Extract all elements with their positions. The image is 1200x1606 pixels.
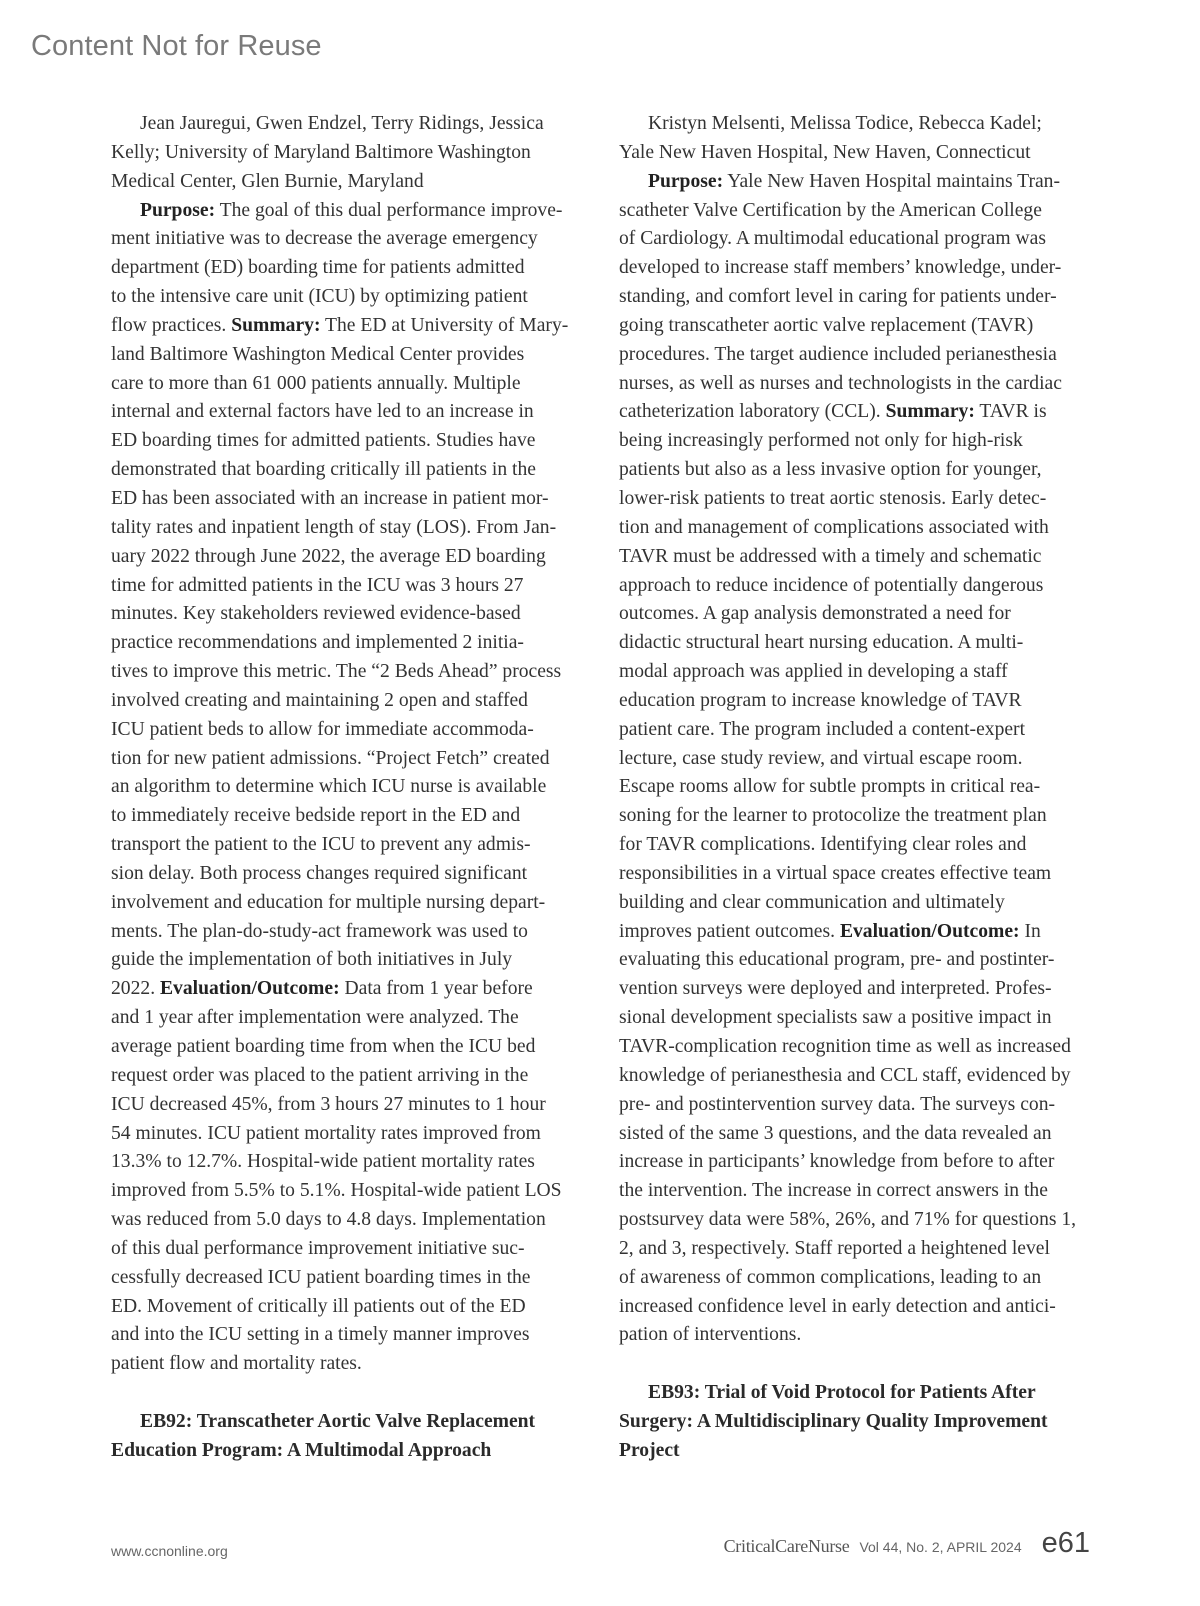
body-line: increase in participants’ knowledge from… (619, 1148, 1107, 1177)
body-line: lecture, case study review, and virtual … (619, 745, 1107, 774)
body-line: knowledge of perianesthesia and CCL staf… (619, 1062, 1107, 1091)
body-line: was reduced from 5.0 days to 4.8 days. I… (111, 1206, 589, 1235)
journal-website-link[interactable]: www.ccnonline.org (111, 1543, 228, 1559)
body-line: improves patient outcomes. Evaluation/Ou… (619, 918, 1107, 947)
body-line: tality rates and inpatient length of sta… (111, 514, 589, 543)
body-line: uary 2022 through June 2022, the average… (111, 543, 589, 572)
body-line: Purpose: Yale New Haven Hospital maintai… (619, 168, 1107, 197)
purpose-label: Purpose: (648, 171, 723, 192)
body-line: and into the ICU setting in a timely man… (111, 1321, 589, 1350)
body-line: sional development specialists saw a pos… (619, 1004, 1107, 1033)
body-line: flow practices. Summary: The ED at Unive… (111, 312, 589, 341)
footer-journal-info: CriticalCareNurse Vol 44, No. 2, APRIL 2… (724, 1527, 1090, 1560)
author-line: Kristyn Melsenti, Melissa Todice, Rebecc… (619, 110, 1107, 139)
body-line: to immediately receive bedside report in… (111, 802, 589, 831)
body-line: patients but also as a less invasive opt… (619, 456, 1107, 485)
body-line: minutes. Key stakeholders reviewed evide… (111, 600, 589, 629)
body-line: ment initiative was to decrease the aver… (111, 225, 589, 254)
body-line: land Baltimore Washington Medical Center… (111, 341, 589, 370)
section-heading-eb92: EB92: Transcatheter Aortic Valve Replace… (111, 1408, 589, 1437)
body-line: procedures. The target audience included… (619, 341, 1107, 370)
body-line: being increasingly performed not only fo… (619, 427, 1107, 456)
body-line: involvement and education for multiple n… (111, 889, 589, 918)
body-line: modal approach was applied in developing… (619, 658, 1107, 687)
body-line: of awareness of common complications, le… (619, 1264, 1107, 1293)
journal-name: CriticalCareNurse (724, 1536, 850, 1557)
body-line: ED boarding times for admitted patients.… (111, 427, 589, 456)
body-line: request order was placed to the patient … (111, 1062, 589, 1091)
body-line: standing, and comfort level in caring fo… (619, 283, 1107, 312)
body-line: of Cardiology. A multimodal educational … (619, 225, 1107, 254)
body-line: ED has been associated with an increase … (111, 485, 589, 514)
body-line: ments. The plan-do-study-act framework w… (111, 918, 589, 947)
purpose-label: Purpose: (140, 200, 215, 221)
body-line: catheterization laboratory (CCL). Summar… (619, 398, 1107, 427)
body-line: TAVR must be addressed with a timely and… (619, 543, 1107, 572)
body-line: an algorithm to determine which ICU nurs… (111, 773, 589, 802)
evaluation-label: Evaluation/Outcome: (840, 921, 1020, 942)
author-line: Kelly; University of Maryland Baltimore … (111, 139, 589, 168)
body-line: scatheter Valve Certification by the Ame… (619, 197, 1107, 226)
page-number: e61 (1042, 1527, 1090, 1560)
body-line: 54 minutes. ICU patient mortality rates … (111, 1120, 589, 1149)
body-line: 2, and 3, respectively. Staff reported a… (619, 1235, 1107, 1264)
body-line: guide the implementation of both initiat… (111, 946, 589, 975)
body-line: vention surveys were deployed and interp… (619, 975, 1107, 1004)
body-line: Purpose: The goal of this dual performan… (111, 197, 589, 226)
body-line: patient care. The program included a con… (619, 716, 1107, 745)
left-column-abstract: Jean Jauregui, Gwen Endzel, Terry Riding… (111, 110, 589, 1466)
body-line: care to more than 61 000 patients annual… (111, 370, 589, 399)
body-line: average patient boarding time from when … (111, 1033, 589, 1062)
body-line: tion for new patient admissions. “Projec… (111, 745, 589, 774)
body-line: sion delay. Both process changes require… (111, 860, 589, 889)
body-line: pre- and postintervention survey data. T… (619, 1091, 1107, 1120)
spacer (111, 1379, 589, 1408)
body-line: sisted of the same 3 questions, and the … (619, 1120, 1107, 1149)
summary-label: Summary: (886, 401, 975, 422)
body-line: improved from 5.5% to 5.1%. Hospital-wid… (111, 1177, 589, 1206)
body-line: 13.3% to 12.7%. Hospital-wide patient mo… (111, 1148, 589, 1177)
body-line: tives to improve this metric. The “2 Bed… (111, 658, 589, 687)
evaluation-label: Evaluation/Outcome: (160, 978, 340, 999)
summary-label: Summary: (231, 315, 320, 336)
watermark: Content Not for Reuse (31, 30, 322, 63)
author-line: Jean Jauregui, Gwen Endzel, Terry Riding… (111, 110, 589, 139)
body-line: ED. Movement of critically ill patients … (111, 1293, 589, 1322)
body-line: patient flow and mortality rates. (111, 1350, 589, 1379)
body-line: involved creating and maintaining 2 open… (111, 687, 589, 716)
body-line: of this dual performance improvement ini… (111, 1235, 589, 1264)
body-line: practice recommendations and implemented… (111, 629, 589, 658)
section-heading-eb92: Education Program: A Multimodal Approach (111, 1437, 589, 1466)
body-line: outcomes. A gap analysis demonstrated a … (619, 600, 1107, 629)
body-line: going transcatheter aortic valve replace… (619, 312, 1107, 341)
section-heading-eb93: EB93: Trial of Void Protocol for Patient… (619, 1379, 1107, 1408)
body-line: ICU decreased 45%, from 3 hours 27 minut… (111, 1091, 589, 1120)
body-line: Escape rooms allow for subtle prompts in… (619, 773, 1107, 802)
body-line: postsurvey data were 58%, 26%, and 71% f… (619, 1206, 1107, 1235)
body-line: developed to increase staff members’ kno… (619, 254, 1107, 283)
body-line: department (ED) boarding time for patien… (111, 254, 589, 283)
right-column-abstract: Kristyn Melsenti, Melissa Todice, Rebecc… (619, 110, 1107, 1466)
body-line: didactic structural heart nursing educat… (619, 629, 1107, 658)
spacer (619, 1350, 1107, 1379)
body-line: TAVR-complication recognition time as we… (619, 1033, 1107, 1062)
body-line: tion and management of complications ass… (619, 514, 1107, 543)
body-line: cessfully decreased ICU patient boarding… (111, 1264, 589, 1293)
section-heading-eb93: Surgery: A Multidisciplinary Quality Imp… (619, 1408, 1107, 1437)
body-line: evaluating this educational program, pre… (619, 946, 1107, 975)
body-line: education program to increase knowledge … (619, 687, 1107, 716)
body-line: increased confidence level in early dete… (619, 1293, 1107, 1322)
body-line: ICU patient beds to allow for immediate … (111, 716, 589, 745)
body-line: transport the patient to the ICU to prev… (111, 831, 589, 860)
body-line: for TAVR complications. Identifying clea… (619, 831, 1107, 860)
body-line: approach to reduce incidence of potentia… (619, 572, 1107, 601)
author-line: Medical Center, Glen Burnie, Maryland (111, 168, 589, 197)
body-line: building and clear communication and ult… (619, 889, 1107, 918)
author-line: Yale New Haven Hospital, New Haven, Conn… (619, 139, 1107, 168)
body-line: nurses, as well as nurses and technologi… (619, 370, 1107, 399)
section-heading-eb93: Project (619, 1437, 1107, 1466)
body-line: the intervention. The increase in correc… (619, 1177, 1107, 1206)
body-line: and 1 year after implementation were ana… (111, 1004, 589, 1033)
body-line: to the intensive care unit (ICU) by opti… (111, 283, 589, 312)
body-line: responsibilities in a virtual space crea… (619, 860, 1107, 889)
body-line: internal and external factors have led t… (111, 398, 589, 427)
body-line: demonstrated that boarding critically il… (111, 456, 589, 485)
issue-info: Vol 44, No. 2, APRIL 2024 (859, 1539, 1021, 1555)
body-line: lower-risk patients to treat aortic sten… (619, 485, 1107, 514)
body-line: soning for the learner to protocolize th… (619, 802, 1107, 831)
body-line: time for admitted patients in the ICU wa… (111, 572, 589, 601)
body-line: 2022. Evaluation/Outcome: Data from 1 ye… (111, 975, 589, 1004)
body-line: pation of interventions. (619, 1321, 1107, 1350)
